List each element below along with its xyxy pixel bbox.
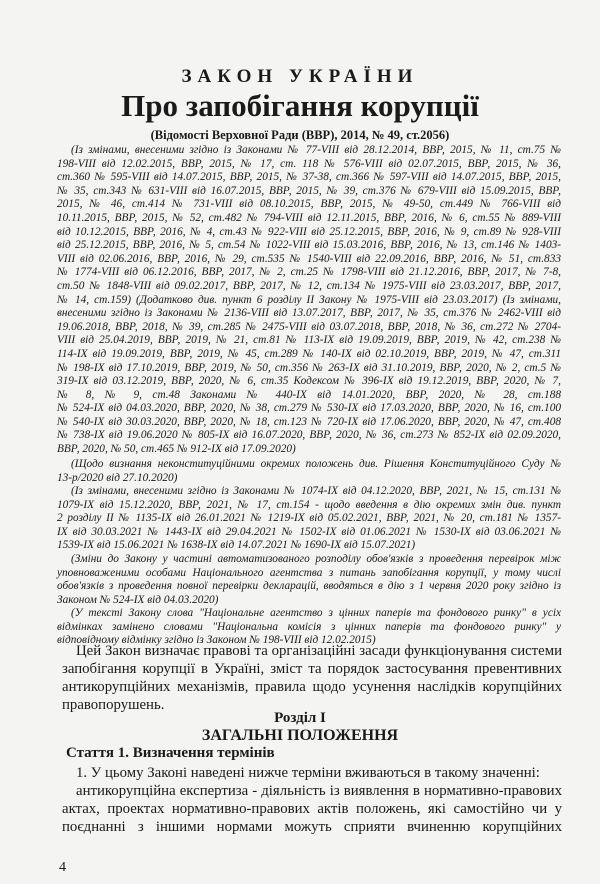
amendment-line: IX від 30.03.2021 № 1443-IX від 29.04.20… [57, 526, 561, 540]
article-title: Стаття 1. Визначення термінів [66, 745, 275, 762]
amendment-line: 2 розділу II № 1135-IX від 26.01.2021 № … [57, 512, 561, 526]
amendment-line: № 540-IX від 30.03.2020, ВВР, 2020, № 18… [57, 416, 561, 430]
amendment-line: від 25.12.2015, ВВР, 2016, № 5, ст.54 № … [57, 239, 561, 253]
law-title: Про запобігання корупції [0, 88, 600, 124]
amendment-line: ст.50 № 1848-VIII від 09.02.2017, ВВР, 2… [57, 280, 561, 294]
amendments-block-1: (Із змінами, внесеними згідно із Законам… [57, 144, 561, 457]
amendment-line: VIII від 25.04.2019, ВВР, 2019, № 21, ст… [57, 334, 561, 348]
amendment-line: 19.06.2018, ВВР, 2018, № 39, ст.285 № 24… [57, 321, 561, 335]
note-line: (У тексті Закону слова "Національне аген… [57, 607, 561, 621]
amendment-line: 319-IX від 03.12.2019, ВВР, 2020, № 6, с… [57, 375, 561, 389]
amendment-line: № 35, ст.343 № 631-VIII від 16.07.2015, … [57, 185, 561, 199]
amendment-line: № 8, № 9, ст.48 Законами № 440-IX від 14… [57, 389, 561, 403]
note-line: уповноваженими особами Національного аге… [57, 567, 561, 581]
amendment-line: № 1774-VIII від 06.12.2016, ВВР, 2017, №… [57, 266, 561, 280]
amendment-line: внесеними згідно із Законами № 2136-VIII… [57, 307, 561, 321]
law-source-citation: (Відомості Верховної Ради (ВВР), 2014, №… [0, 128, 600, 143]
preamble-line: запобігання корупції в Україні, зміст та… [62, 660, 562, 678]
law-kicker: ЗАКОН УКРАЇНИ [0, 66, 600, 88]
article-line: актах, проектах нормативно-правових акті… [62, 800, 562, 818]
amendment-line: ст.360 № 595-VIII від 14.07.2015, ВВР, 2… [57, 171, 561, 185]
note-line: обов'язків з проведення повної перевірки… [57, 580, 561, 594]
note-line: (Щодо визнання неконституційними окремих… [57, 458, 561, 472]
amendment-line: 198-VIII від 12.02.2015, ВВР, 2015, № 17… [57, 158, 561, 172]
amendment-line: № 738-IX від 19.06.2020 № 805-IX від 16.… [57, 429, 561, 443]
constitutional-court-note: (Щодо визнання неконституційними окремих… [57, 458, 561, 485]
note-line: 13-р/2020 від 27.10.2020) [57, 472, 561, 486]
article-text: 1. У цьому Законі наведені нижче терміни… [62, 764, 562, 836]
section-number: Розділ I [0, 710, 600, 727]
amendment-line: (Із змінами, внесеними згідно із Законам… [57, 144, 561, 158]
page-number: 4 [59, 860, 66, 876]
preamble-line: Цей Закон визначає правові та організаці… [62, 642, 562, 660]
amendment-line: № 14, ст.159) (Додатково див. пункт 6 ро… [57, 294, 561, 308]
amendment-line: 1539-IX від 15.06.2021 № 1638-IX від 14.… [57, 539, 561, 553]
preamble: Цей Закон визначає правові та організаці… [62, 642, 562, 714]
amendment-line: VIII від 02.06.2016, ВВР, 2016, № 29, ст… [57, 253, 561, 267]
automation-note: (Зміни до Закону у частині автоматизован… [57, 553, 561, 607]
amendment-line: 2015, № 46, ст.414 № 731-VIII від 08.10.… [57, 198, 561, 212]
note-line: Законом № 524-IX від 04.03.2020) [57, 594, 561, 608]
article-line: антикорупційна експертиза - діяльність і… [62, 782, 562, 800]
amendment-line: (Із змінами, внесеними згідно із Законам… [57, 485, 561, 499]
article-line: 1. У цьому Законі наведені нижче терміни… [62, 764, 562, 782]
preamble-line: антикорупційних механізмів, правила щодо… [62, 678, 562, 696]
article-line: поєднанні з іншими нормами можуть сприят… [62, 818, 562, 836]
amendment-line: 10.11.2015, ВВР, 2015, № 52, ст.482 № 79… [57, 212, 561, 226]
section-title: ЗАГАЛЬНІ ПОЛОЖЕННЯ [0, 727, 600, 745]
amendment-line: 114-IX від 19.09.2019, ВВР, 2019, № 45, … [57, 348, 561, 362]
note-line: відмінках замінено словами "Національна … [57, 621, 561, 635]
amendment-line: № 198-IX від 17.10.2019, ВВР, 2019, № 50… [57, 362, 561, 376]
amendment-line: ВВР, 2020, № 50, ст.465 № 912-IX від 17.… [57, 443, 561, 457]
note-line: (Зміни до Закону у частині автоматизован… [57, 553, 561, 567]
document-page: ЗАКОН УКРАЇНИ Про запобігання корупції (… [0, 0, 600, 884]
amendment-line: № 524-IX від 04.03.2020, ВВР, 2020, № 38… [57, 402, 561, 416]
amendments-block-2: (Із змінами, внесеними згідно із Законам… [57, 485, 561, 553]
amendment-line: 1079-IX від 15.12.2020, ВВР, 2021, № 17,… [57, 499, 561, 513]
amendment-line: від 10.12.2015, ВВР, 2016, № 4, ст.43 № … [57, 226, 561, 240]
